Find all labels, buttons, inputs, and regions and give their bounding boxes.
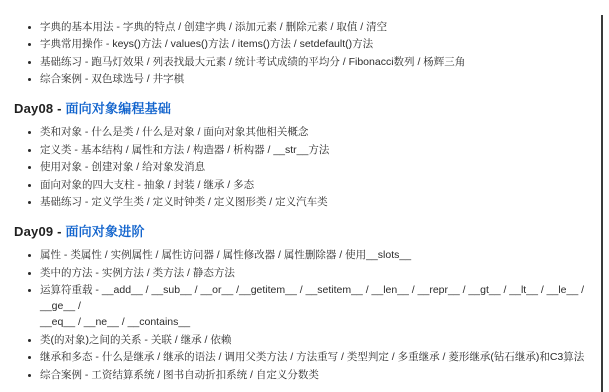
list-item: 基础练习 - 跑马灯效果 / 列表找最大元素 / 统计考试成绩的平均分 / Fi… xyxy=(40,54,596,70)
day09-topic-list: 属性 - 类属性 / 实例属性 / 属性访问器 / 属性修改器 / 属性删除器 … xyxy=(14,247,596,383)
day07-topic-list: 字典的基本用法 - 字典的特点 / 创建字典 / 添加元素 / 删除元素 / 取… xyxy=(14,19,596,88)
day08-link[interactable]: 面向对象编程基础 xyxy=(65,101,171,116)
list-item: 属性 - 类属性 / 实例属性 / 属性访问器 / 属性修改器 / 属性删除器 … xyxy=(40,247,596,263)
list-item: 综合案例 - 工资结算系统 / 图书自动折扣系统 / 自定义分数类 xyxy=(40,367,596,383)
day09-heading: Day09 - 面向对象进阶 xyxy=(14,222,596,242)
list-item: 定义类 - 基本结构 / 属性和方法 / 构造器 / 析构器 / __str__… xyxy=(40,142,596,158)
list-item: 使用对象 - 创建对象 / 给对象发消息 xyxy=(40,159,596,175)
day09-link[interactable]: 面向对象进阶 xyxy=(65,224,144,239)
list-item: 类中的方法 - 实例方法 / 类方法 / 静态方法 xyxy=(40,265,596,281)
list-item: 综合案例 - 双色球选号 / 井字棋 xyxy=(40,71,596,87)
list-item: 类(的对象)之间的关系 - 关联 / 继承 / 依赖 xyxy=(40,332,596,348)
list-item: 字典的基本用法 - 字典的特点 / 创建字典 / 添加元素 / 删除元素 / 取… xyxy=(40,19,596,35)
list-item: 基础练习 - 定义学生类 / 定义时钟类 / 定义图形类 / 定义汽车类 xyxy=(40,194,596,210)
day08-heading-prefix: Day08 - xyxy=(14,101,65,116)
day08-heading: Day08 - 面向对象编程基础 xyxy=(14,99,596,119)
day09-heading-prefix: Day09 - xyxy=(14,224,65,239)
list-item: 字典常用操作 - keys()方法 / values()方法 / items()… xyxy=(40,36,596,52)
list-item: 面向对象的四大支柱 - 抽象 / 封装 / 继承 / 多态 xyxy=(40,177,596,193)
list-item: 类和对象 - 什么是类 / 什么是对象 / 面向对象其他相关概念 xyxy=(40,124,596,140)
day08-topic-list: 类和对象 - 什么是类 / 什么是对象 / 面向对象其他相关概念 定义类 - 基… xyxy=(14,124,596,210)
list-item: 继承和多态 - 什么是继承 / 继承的语法 / 调用父类方法 / 方法重写 / … xyxy=(40,349,596,365)
readme-content: 字典的基本用法 - 字典的特点 / 创建字典 / 添加元素 / 删除元素 / 取… xyxy=(14,17,596,384)
right-border-line xyxy=(601,15,603,392)
list-item: 运算符重载 - __add__ / __sub__ / __or__ /__ge… xyxy=(40,282,596,330)
